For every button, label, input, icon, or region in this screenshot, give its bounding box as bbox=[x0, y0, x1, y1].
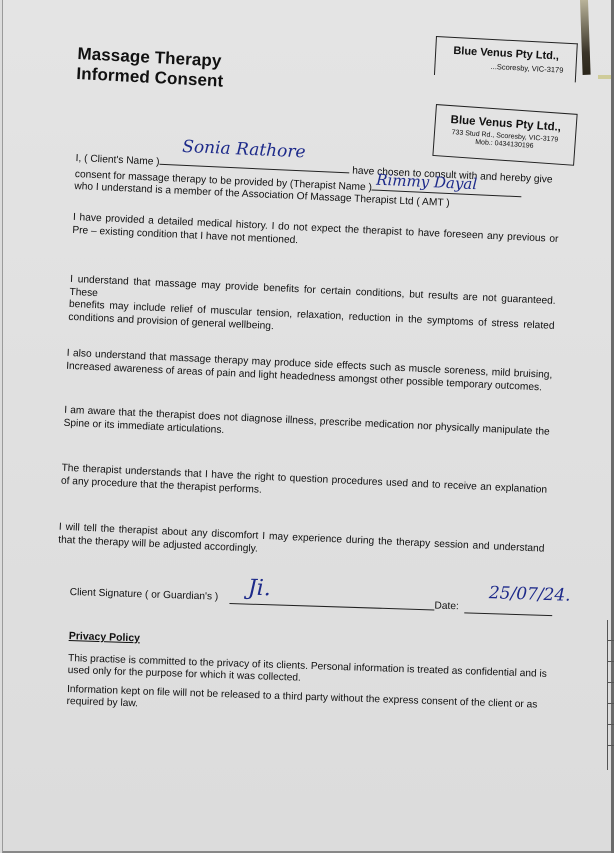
client-name-handwritten: Sonia Rathore bbox=[182, 141, 306, 159]
company-stamp: Blue Venus Pty Ltd., 733 Stud Rd., Score… bbox=[432, 104, 577, 166]
signature-label: Client Signature ( or Guardian's ) bbox=[70, 587, 219, 603]
company-stamp-background: Blue Venus Pty Ltd., ...Scoresby, VIC-31… bbox=[434, 36, 578, 82]
signature-field[interactable]: Ji. bbox=[229, 593, 434, 610]
date-handwritten: 25/07/24. bbox=[489, 583, 571, 606]
document-title: Massage Therapy Informed Consent bbox=[76, 44, 225, 92]
therapist-name-handwritten: Rimmy Dayal bbox=[376, 173, 477, 190]
background-table-edge bbox=[607, 620, 614, 770]
date-field[interactable]: 25/07/24. bbox=[464, 602, 552, 616]
signature-handwritten: Ji. bbox=[248, 576, 272, 602]
date-label: Date: bbox=[434, 600, 459, 612]
privacy-policy-section: Privacy Policy This practise is committe… bbox=[66, 630, 563, 731]
